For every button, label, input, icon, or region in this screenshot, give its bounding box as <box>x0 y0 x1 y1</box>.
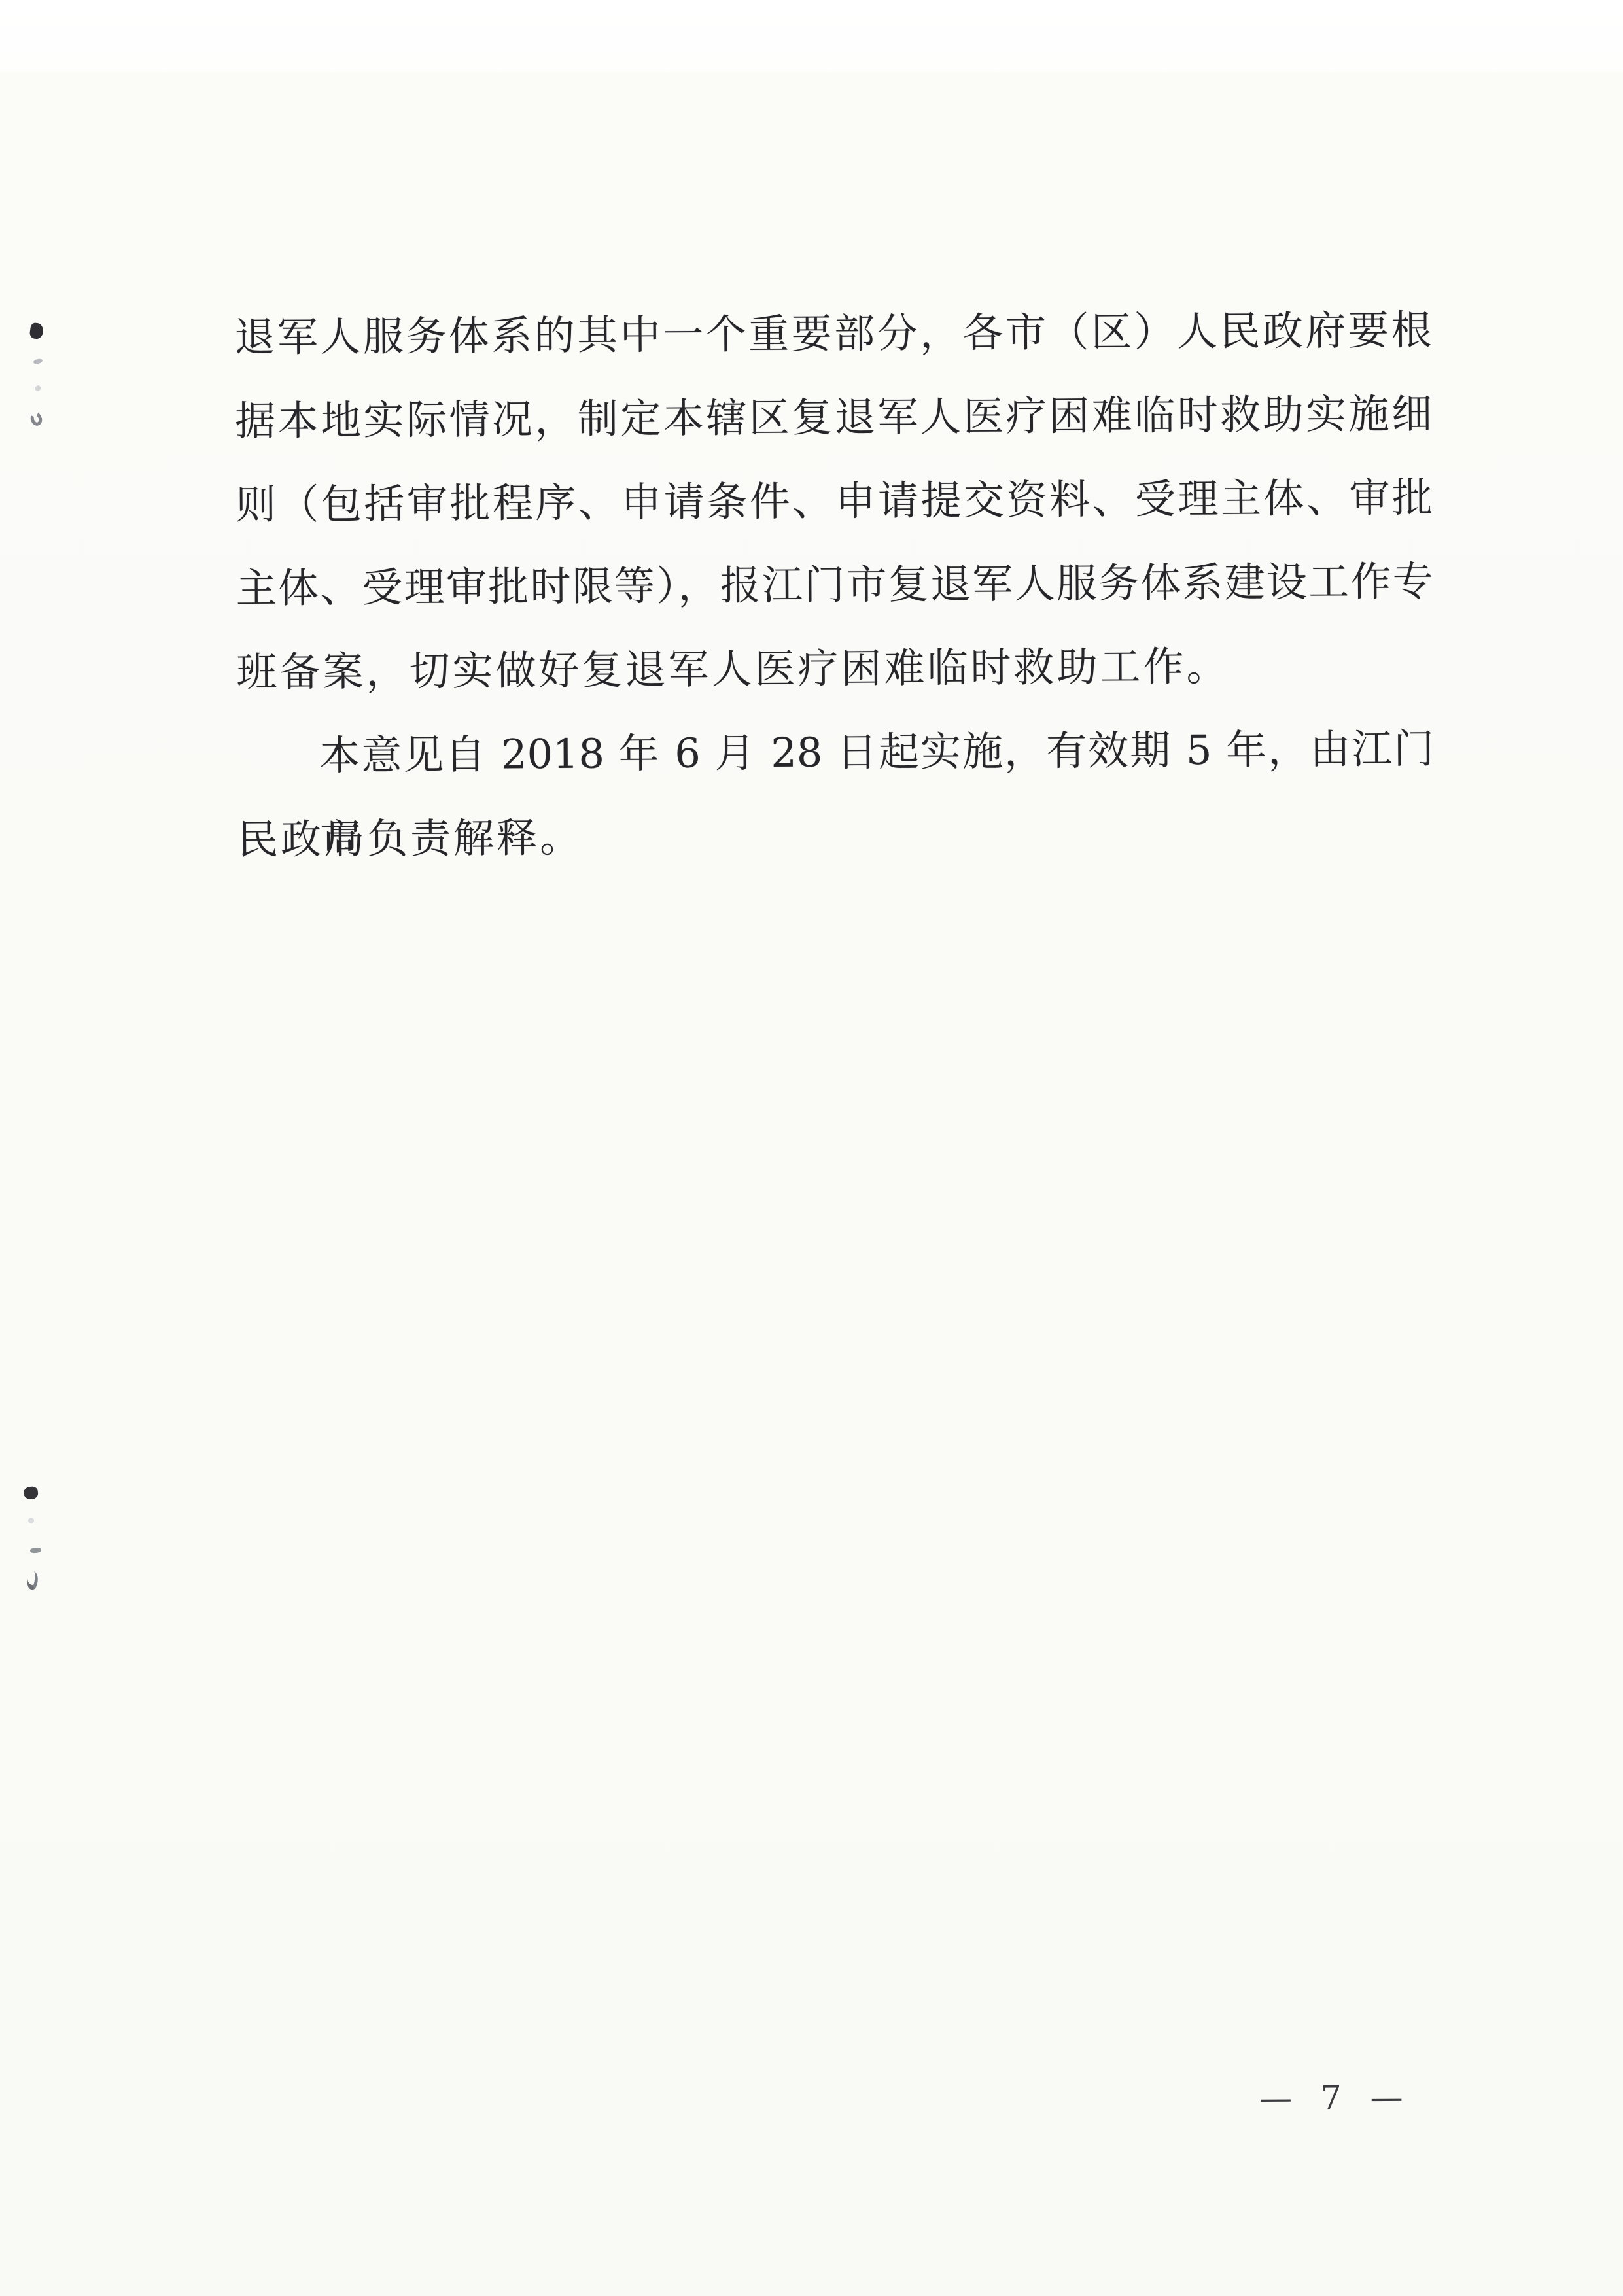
scan-artifact <box>29 411 44 428</box>
scan-artifact <box>23 1486 39 1500</box>
body-lines: 退军人服务体系的其中一个重要部分，各市（区）人民政府要根据本地实际情况，制定本辖… <box>234 288 1435 882</box>
text-line: 班备案，切实做好复退军人医疗困难临时救助工作。 <box>236 623 1434 714</box>
scan-artifact <box>28 1518 34 1523</box>
scan-artifact <box>33 358 43 365</box>
text-line: 民政局负责解释。 <box>237 791 1435 882</box>
document-page: 退军人服务体系的其中一个重要部分，各市（区）人民政府要根据本地实际情况，制定本辖… <box>0 0 1623 2296</box>
scan-artifact <box>29 322 44 340</box>
text-line: 本意见自 2018 年 6 月 28 日起实施，有效期 5 年，由江门市 <box>237 707 1435 798</box>
scan-artifact <box>34 385 41 392</box>
page-number: — 7 — <box>1259 2078 1412 2117</box>
text-line: 据本地实际情况，制定本辖区复退军人医疗困难临时救助实施细 <box>235 372 1433 463</box>
scan-artifact <box>26 1570 40 1590</box>
text-line: 退军人服务体系的其中一个重要部分，各市（区）人民政府要根 <box>234 288 1432 379</box>
scan-edge-band <box>0 0 1623 72</box>
scan-artifact <box>30 1547 42 1553</box>
text-line: 主体、受理审批时限等），报江门市复退军人服务体系建设工作专 <box>236 540 1433 631</box>
text-line: 则（包括审批程序、申请条件、申请提交资料、受理主体、审批 <box>236 456 1433 547</box>
